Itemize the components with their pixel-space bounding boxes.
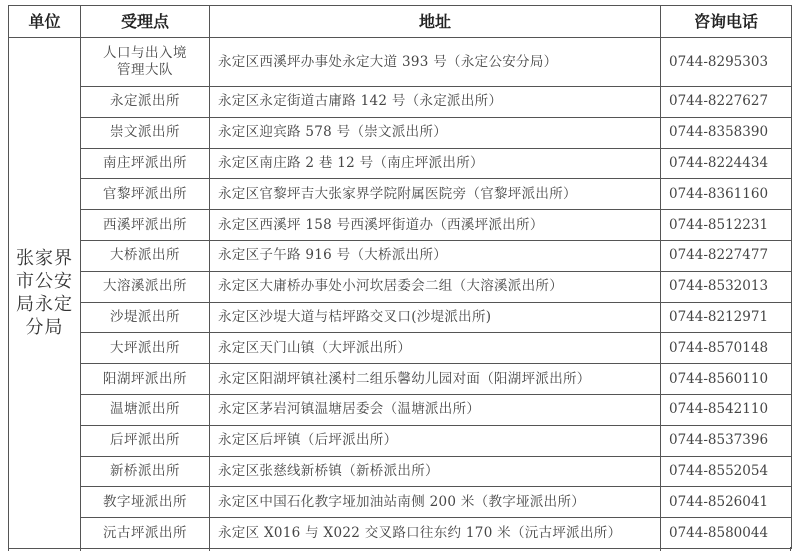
table-row: 大坪派出所 永定区天门山镇（大坪派出所） 0744-8570148 (9, 333, 792, 364)
police-office-table-container: 单位 受理点 地址 咨询电话 张家界市公安局永定分局 人口与出入境管理大队 永定… (8, 5, 791, 549)
unit-cell: 张家界市公安局永定分局 (9, 38, 81, 549)
acceptance-point-cell: 沙堤派出所 (81, 302, 210, 333)
address-cell: 永定区南庄路 2 巷 12 号（南庄坪派出所） (210, 148, 661, 179)
address-cell: 永定区中国石化教字垭加油站南侧 200 米（教字垭派出所） (210, 487, 661, 518)
address-cell: 永定区迎宾路 578 号（崇文派出所） (210, 117, 661, 148)
table-row: 崇文派出所 永定区迎宾路 578 号（崇文派出所） 0744-8358390 (9, 117, 792, 148)
phone-cell: 0744-8542110 (661, 394, 792, 425)
address-cell: 永定区天门山镇（大坪派出所） (210, 333, 661, 364)
address-cell: 永定区阳湖坪镇社溪村二组乐馨幼儿园对面（阳湖坪派出所） (210, 364, 661, 395)
phone-cell: 0744-8361160 (661, 179, 792, 210)
address-cell: 永定区大庸桥办事处小河坎居委会二组（大溶溪派出所） (210, 271, 661, 302)
acceptance-point-cell: 西溪坪派出所 (81, 210, 210, 241)
acceptance-point-cell: 沅古坪派出所 (81, 518, 210, 549)
phone-cell: 0744-8580044 (661, 518, 792, 549)
phone-cell: 0744-8512231 (661, 210, 792, 241)
phone-cell: 0744-8526041 (661, 487, 792, 518)
phone-cell: 0744-8570148 (661, 333, 792, 364)
acceptance-point-cell: 崇文派出所 (81, 117, 210, 148)
phone-cell: 0744-8552054 (661, 456, 792, 487)
header-phone: 咨询电话 (661, 6, 792, 38)
phone-cell: 0744-8227627 (661, 87, 792, 118)
address-cell: 永定区永定街道古庸路 142 号（永定派出所） (210, 87, 661, 118)
phone-cell: 0744-8224434 (661, 148, 792, 179)
acceptance-point-cell: 南庄坪派出所 (81, 148, 210, 179)
column-divider (80, 547, 81, 551)
address-cell: 永定区西溪坪办事处永定大道 393 号（永定公安分局） (210, 38, 661, 87)
table-row: 官黎坪派出所 永定区官黎坪吉大张家界学院附属医院旁（官黎坪派出所） 0744-8… (9, 179, 792, 210)
table-row: 大溶溪派出所 永定区大庸桥办事处小河坎居委会二组（大溶溪派出所） 0744-85… (9, 271, 792, 302)
table-row: 沅古坪派出所 永定区 X016 与 X022 交叉路口往东约 170 米（沅古坪… (9, 518, 792, 549)
column-divider (660, 547, 661, 551)
next-row-border-stub (8, 547, 791, 551)
address-cell: 永定区张慈线新桥镇（新桥派出所） (210, 456, 661, 487)
address-cell: 永定区西溪坪 158 号西溪坪街道办（西溪坪派出所） (210, 210, 661, 241)
table-row: 张家界市公安局永定分局 人口与出入境管理大队 永定区西溪坪办事处永定大道 393… (9, 38, 792, 87)
address-cell: 永定区 X016 与 X022 交叉路口往东约 170 米（沅古坪派出所） (210, 518, 661, 549)
acceptance-point-cell: 大坪派出所 (81, 333, 210, 364)
table-row: 阳湖坪派出所 永定区阳湖坪镇社溪村二组乐馨幼儿园对面（阳湖坪派出所） 0744-… (9, 364, 792, 395)
acceptance-point-cell: 官黎坪派出所 (81, 179, 210, 210)
acceptance-point-cell: 温塘派出所 (81, 394, 210, 425)
address-cell: 永定区官黎坪吉大张家界学院附属医院旁（官黎坪派出所） (210, 179, 661, 210)
acceptance-point-cell: 大桥派出所 (81, 240, 210, 271)
header-address: 地址 (210, 6, 661, 38)
phone-cell: 0744-8212971 (661, 302, 792, 333)
address-cell: 永定区后坪镇（后坪派出所） (210, 425, 661, 456)
acceptance-point-cell: 大溶溪派出所 (81, 271, 210, 302)
address-cell: 永定区子午路 916 号（大桥派出所） (210, 240, 661, 271)
acceptance-point-cell: 阳湖坪派出所 (81, 364, 210, 395)
column-divider (209, 547, 210, 551)
acceptance-point-cell: 永定派出所 (81, 87, 210, 118)
phone-cell: 0744-8295303 (661, 38, 792, 87)
phone-cell: 0744-8537396 (661, 425, 792, 456)
header-unit: 单位 (9, 6, 81, 38)
table-row: 教字垭派出所 永定区中国石化教字垭加油站南侧 200 米（教字垭派出所） 074… (9, 487, 792, 518)
acceptance-point-cell: 教字垭派出所 (81, 487, 210, 518)
table-row: 西溪坪派出所 永定区西溪坪 158 号西溪坪街道办（西溪坪派出所） 0744-8… (9, 210, 792, 241)
acceptance-point-cell: 新桥派出所 (81, 456, 210, 487)
police-office-table: 单位 受理点 地址 咨询电话 张家界市公安局永定分局 人口与出入境管理大队 永定… (8, 5, 792, 549)
address-cell: 永定区茅岩河镇温塘居委会（温塘派出所） (210, 394, 661, 425)
acceptance-point-cell: 人口与出入境管理大队 (81, 38, 210, 87)
table-row: 永定派出所 永定区永定街道古庸路 142 号（永定派出所） 0744-82276… (9, 87, 792, 118)
phone-cell: 0744-8532013 (661, 271, 792, 302)
table-header-row: 单位 受理点 地址 咨询电话 (9, 6, 792, 38)
address-cell: 永定区沙堤大道与桔坪路交叉口(沙堤派出所) (210, 302, 661, 333)
column-divider (790, 547, 791, 551)
phone-cell: 0744-8358390 (661, 117, 792, 148)
table-row: 大桥派出所 永定区子午路 916 号（大桥派出所） 0744-8227477 (9, 240, 792, 271)
acceptance-point-cell: 后坪派出所 (81, 425, 210, 456)
phone-cell: 0744-8227477 (661, 240, 792, 271)
header-acceptance-point: 受理点 (81, 6, 210, 38)
table-row: 后坪派出所 永定区后坪镇（后坪派出所） 0744-8537396 (9, 425, 792, 456)
phone-cell: 0744-8560110 (661, 364, 792, 395)
table-row: 新桥派出所 永定区张慈线新桥镇（新桥派出所） 0744-8552054 (9, 456, 792, 487)
table-row: 南庄坪派出所 永定区南庄路 2 巷 12 号（南庄坪派出所） 0744-8224… (9, 148, 792, 179)
table-row: 沙堤派出所 永定区沙堤大道与桔坪路交叉口(沙堤派出所) 0744-8212971 (9, 302, 792, 333)
table-row: 温塘派出所 永定区茅岩河镇温塘居委会（温塘派出所） 0744-8542110 (9, 394, 792, 425)
